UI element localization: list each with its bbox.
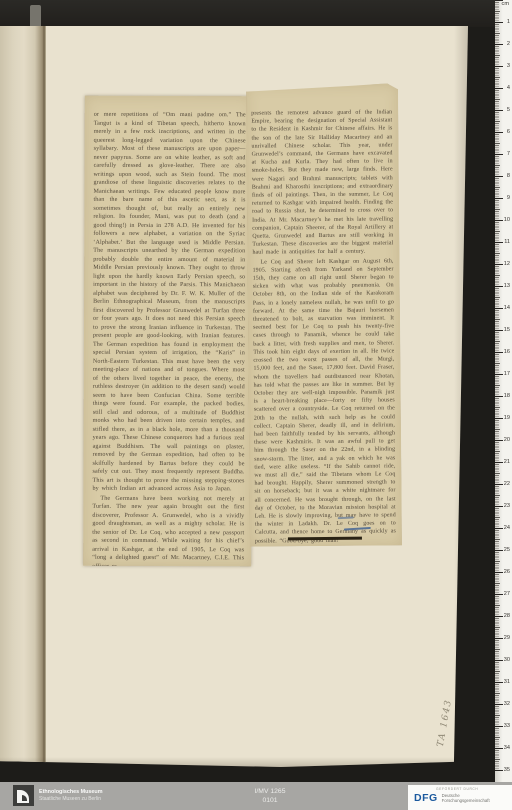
ruler-centimeter-ticks — [495, 0, 503, 771]
funder-label: GEFÖRDERT DURCH — [436, 787, 508, 791]
ruler-number: 15 — [504, 327, 510, 333]
museum-logo-glyph — [17, 790, 29, 803]
ruler-number: 19 — [504, 415, 510, 421]
ruler-number: 6 — [507, 129, 510, 135]
scan-page-number: 0101 — [236, 796, 304, 805]
clipping-paragraph: or mere repetitions of “Om mani padme om… — [92, 111, 245, 494]
ruler-number: 18 — [504, 393, 510, 399]
ruler-number: 28 — [504, 613, 510, 619]
ruler-number: 12 — [504, 261, 510, 267]
ruler-number: 8 — [507, 173, 510, 179]
inventory-number: I/MV 1265 — [236, 787, 304, 796]
ruler-number: 33 — [504, 723, 510, 729]
ruler-number: 30 — [504, 657, 510, 663]
pencil-reference-number: TA 1643 — [434, 686, 457, 761]
ruler-number: 1 — [507, 19, 510, 25]
page-edge-shadow — [0, 757, 468, 767]
dfg-logo: GEFÖRDERT DURCH DFG Deutsche Forschungsg… — [408, 785, 512, 810]
ruler-number: 17 — [504, 371, 510, 377]
bookmark-tab — [30, 5, 41, 29]
institution-text: Ethnologisches Museum Staatliche Museen … — [39, 789, 103, 802]
ruler-number: 3 — [507, 63, 510, 69]
page-edge-shadow — [454, 26, 468, 767]
museum-logo — [13, 785, 34, 806]
ruler-number: 4 — [507, 85, 510, 91]
ruler-number: 9 — [507, 195, 510, 201]
ruler-number: 16 — [504, 349, 510, 355]
ruler-number: 35 — [504, 767, 510, 773]
ruler-number: 11 — [504, 239, 510, 245]
scan-background: or mere repetitions of “Om mani padme om… — [0, 0, 512, 810]
ruler-number: 21 — [504, 459, 510, 465]
institution-subtitle: Staatliche Museen zu Berlin — [39, 796, 103, 802]
page-gutter-shadow — [0, 26, 46, 767]
measurement-ruler: cm 1234567891011121314151617181920212223… — [495, 0, 512, 783]
clipping-paragraph: The Germans have been working not merely… — [92, 494, 244, 566]
institution-name: Ethnologisches Museum — [39, 789, 103, 796]
ruler-number: 24 — [504, 525, 510, 531]
funder-name: Deutsche Forschungsgemeinschaft — [442, 793, 500, 803]
institution-block: Ethnologisches Museum Staatliche Museen … — [13, 785, 103, 806]
ruler-number: 27 — [504, 591, 510, 597]
ruler-number: 5 — [507, 107, 510, 113]
item-identifier: I/MV 1265 0101 — [236, 787, 304, 805]
ruler-number: 22 — [504, 481, 510, 487]
ruler-number: 26 — [504, 569, 510, 575]
clipping-paragraph: presents the remotest advance guard of t… — [251, 108, 393, 257]
newspaper-clipping-right-column: presents the remotest advance guard of t… — [246, 83, 402, 546]
newspaper-clipping-left-column: or mere repetitions of “Om mani padme om… — [83, 96, 253, 567]
ruler-number: 29 — [504, 635, 510, 641]
archive-scan-view: { "archive": { "institution": "Ethnologi… — [0, 0, 512, 810]
clipping-paragraph: Le Coq and Sherer left Kashgar on August… — [253, 257, 397, 545]
ruler-number: 32 — [504, 701, 510, 707]
dfg-wordmark: DFG — [414, 792, 438, 804]
pencil-note: 9x — [51, 761, 66, 774]
ruler-number: 23 — [504, 503, 510, 509]
ruler-unit-label: cm — [502, 1, 509, 7]
ruler-number: 7 — [507, 151, 510, 157]
ruler-number: 20 — [504, 437, 510, 443]
ruler-number: 13 — [504, 283, 510, 289]
ruler-number: 14 — [504, 305, 510, 311]
ruler-number: 2 — [507, 41, 510, 47]
scan-table-surface — [0, 0, 512, 27]
album-page: or mere repetitions of “Om mani padme om… — [0, 26, 468, 767]
ruler-number: 34 — [504, 745, 510, 751]
archive-footer-bar: Ethnologisches Museum Staatliche Museen … — [0, 782, 512, 810]
ruler-number: 31 — [504, 679, 510, 685]
ruler-number: 10 — [504, 217, 510, 223]
ruler-number: 25 — [504, 547, 510, 553]
